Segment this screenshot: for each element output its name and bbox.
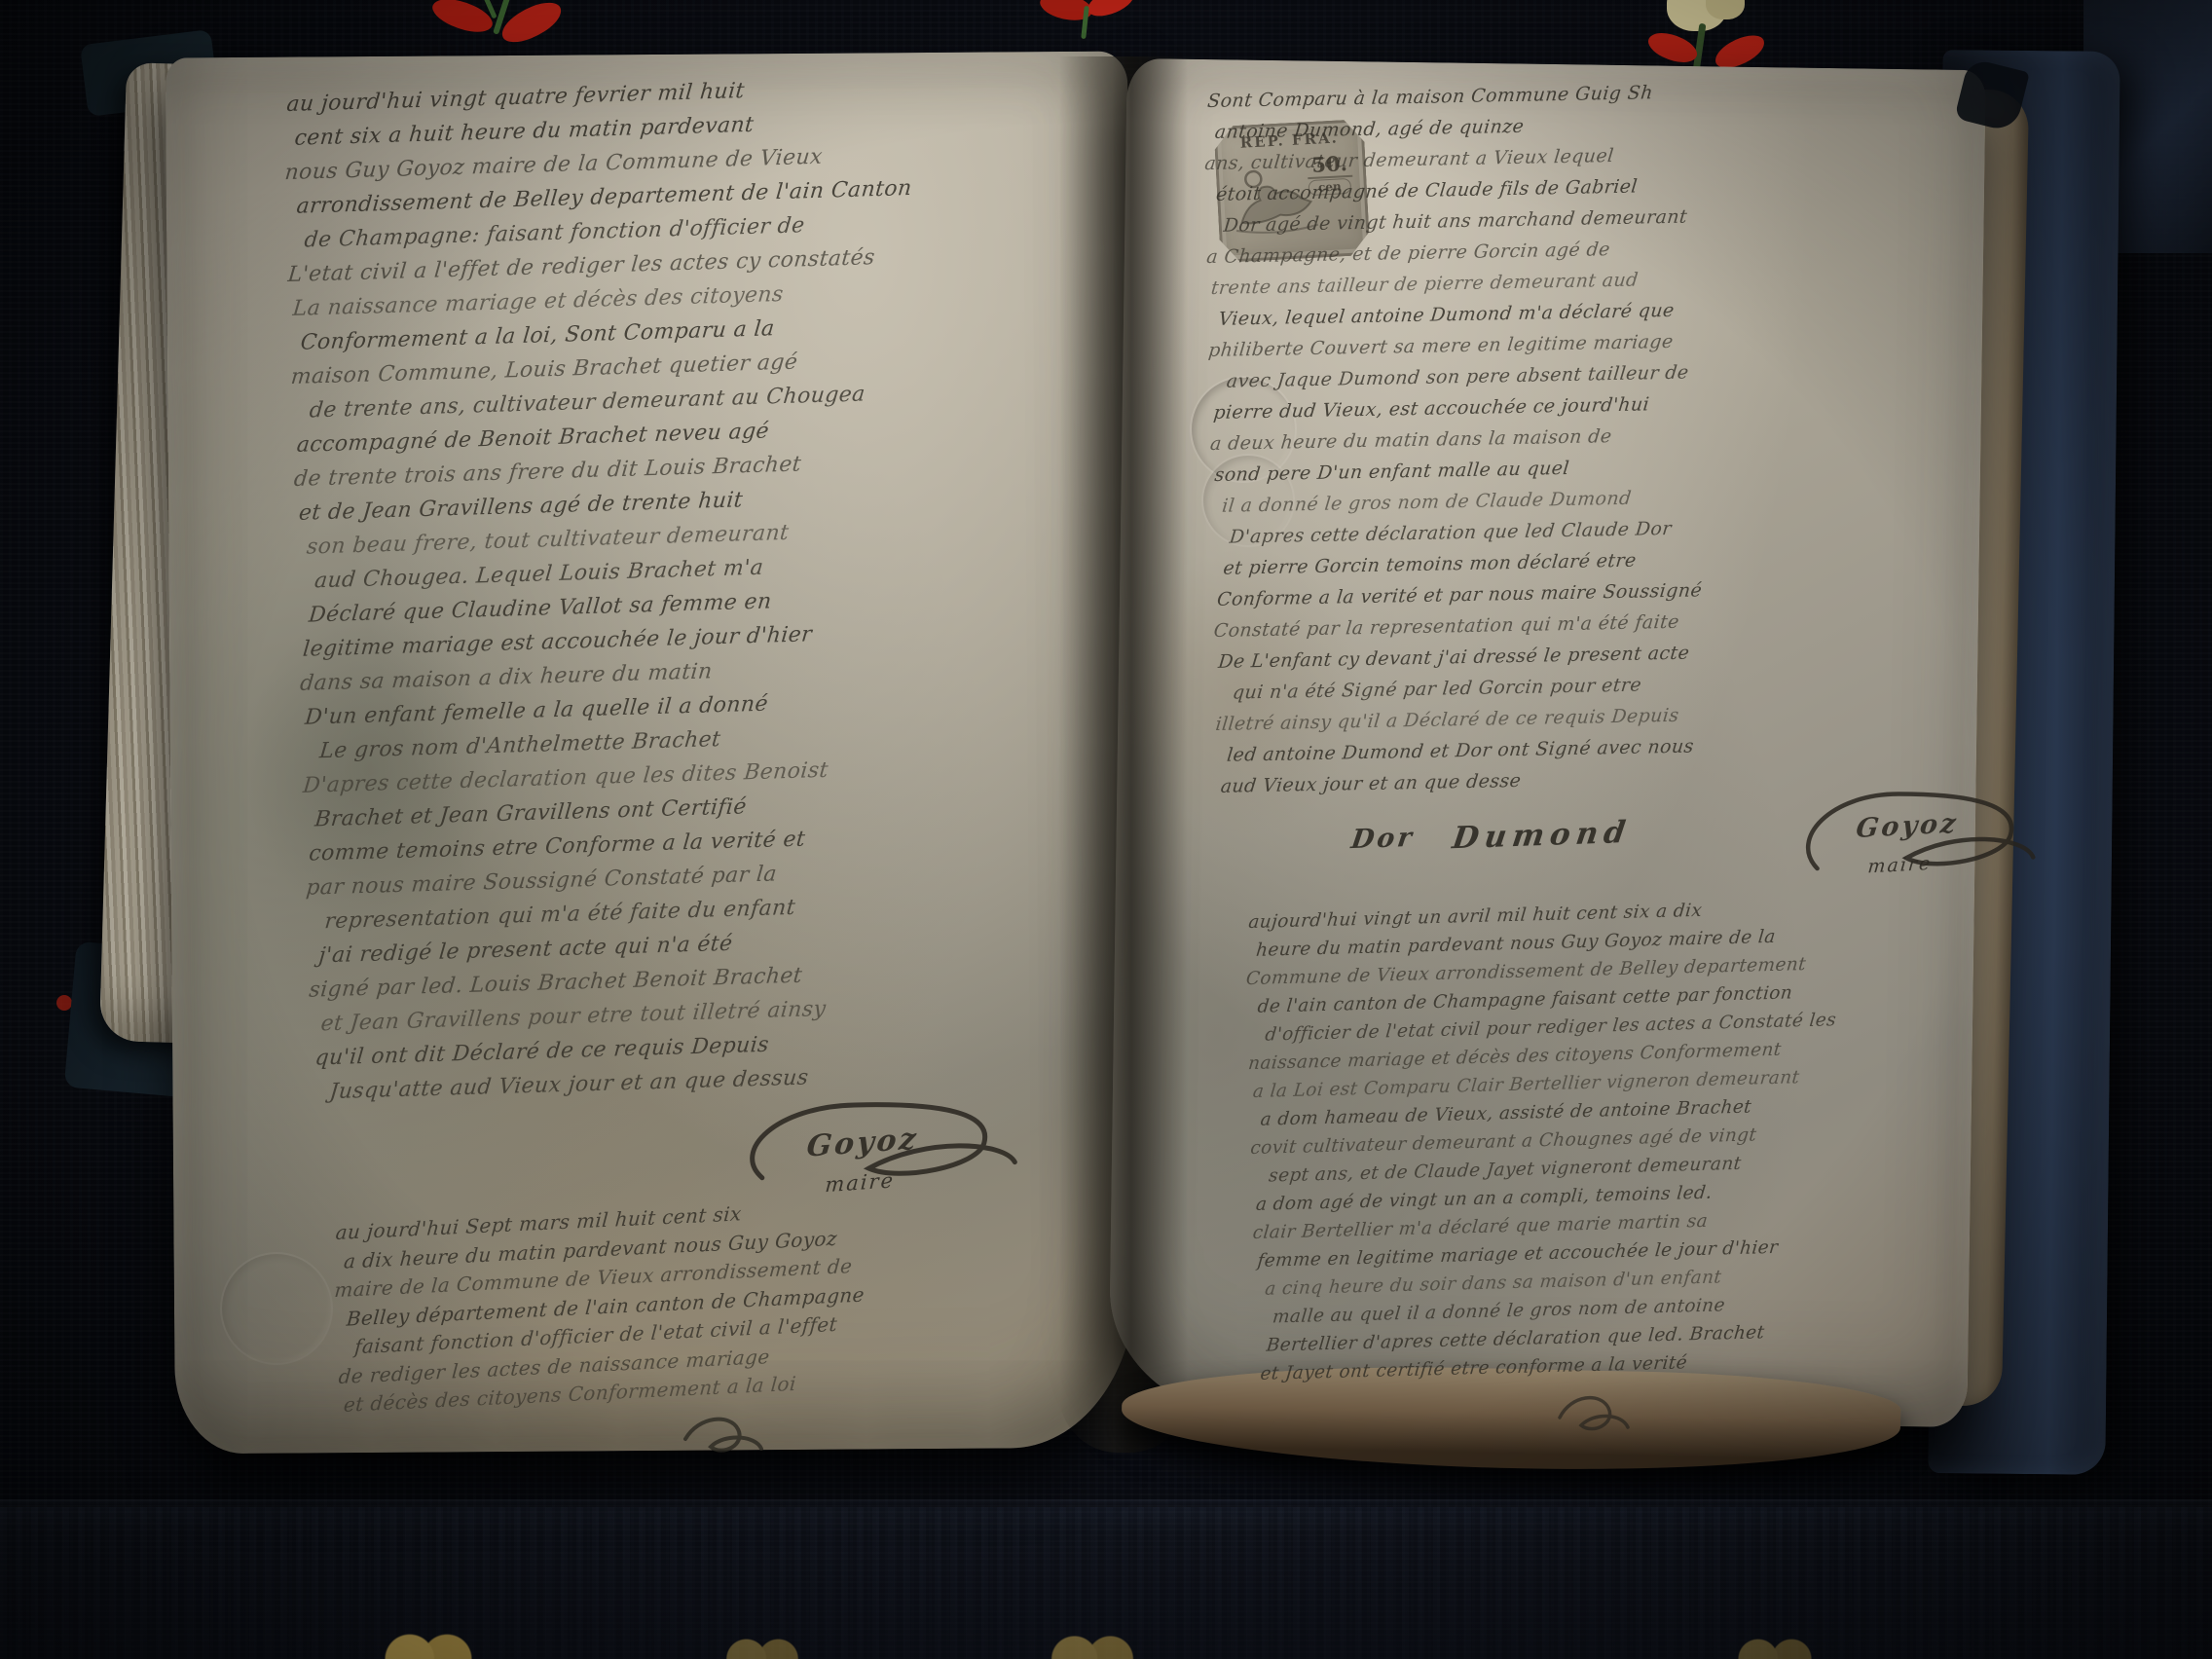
gold-scallop-icon [1048,1620,1137,1659]
left-page-act-1: au jourd'hui vingt quatre fevrier mil hu… [286,63,1134,1109]
paraphe-flourish-icon [674,1406,771,1464]
mayor-signature-title: maire [1867,853,1934,878]
witness-name: Dor [1349,823,1417,855]
paraphe-flourish-icon [1550,1386,1638,1441]
embossed-seal [220,1252,333,1365]
left-page-act-2: au jourd'hui Sept mars mil huit cent six… [335,1183,1113,1419]
witness-signature-dor: Dor [1350,823,1415,855]
right-page-act-1: Sont Comparu à la maison Commune Guig Sh… [1207,71,1961,801]
gold-scallop-icon [382,1614,475,1659]
red-dot-icon [56,995,72,1011]
red-flower-icon [1030,0,1147,43]
right-page-act-2: aujourd'hui vingt un avril mil huit cent… [1248,889,1991,1387]
declarant-signature-dumond: Dumond [1452,815,1631,856]
declarant-name: Dumond [1451,815,1634,857]
photograph-of-open-register: REP. FRA. 50. cen au jourd'hui vingt qua… [0,0,2212,1659]
mayor-signature-name: Goyoz [1855,808,1961,844]
gold-scallop-icon [722,1628,802,1659]
gold-scallop-icon [1733,1634,1817,1659]
